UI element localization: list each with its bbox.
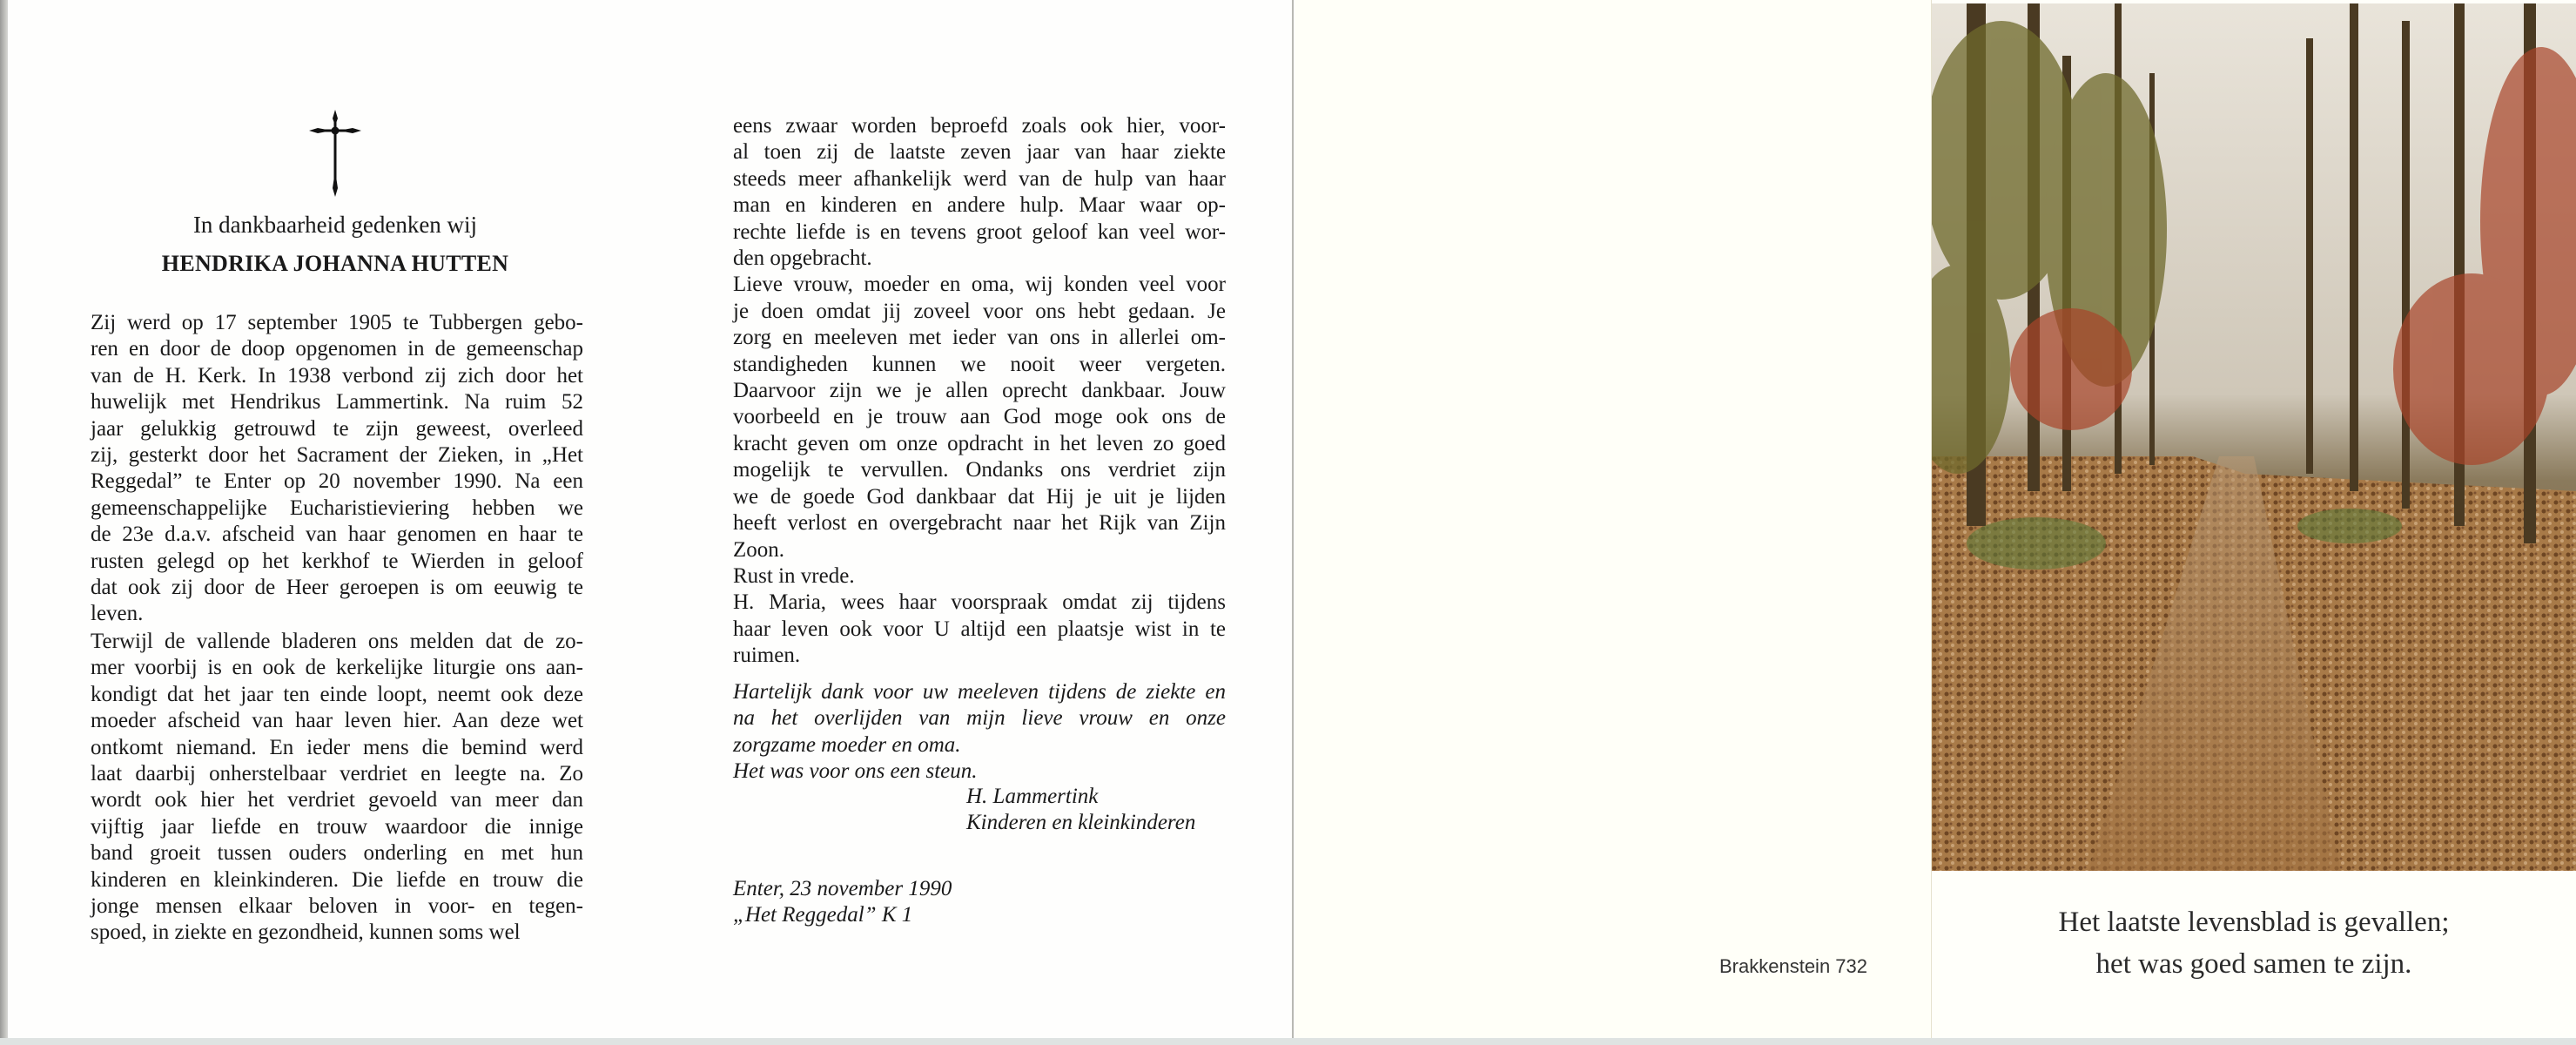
text-line: moeder afscheid van haar leven hier. Aan… — [91, 708, 583, 734]
text-line: Hartelijk dank voor uw meeleven tijdens … — [733, 679, 1226, 705]
text-line: rusten gelegd op het kerkhof te Wierden … — [91, 549, 583, 575]
caption-line-2: het was goed samen te zijn. — [1932, 943, 2576, 985]
scan-edge-left — [0, 0, 8, 1038]
text-line: ontkomt niemand. En ieder mens die bemin… — [91, 735, 583, 761]
text-line: spoed, in ziekte en gezondheid, kunnen s… — [91, 920, 583, 946]
text-line: je doen omdat jij zoveel voor ons hebt g… — [733, 299, 1226, 325]
text-line: vijftig jaar liefde en trouw waardoor di… — [91, 814, 583, 840]
text-line: H. Maria, wees haar voorspraak omdat zij… — [733, 590, 1226, 616]
text-line: huwelijk met Hendrikus Lammertink. Na ru… — [91, 389, 583, 415]
text-line: voorbeeld en je trouw aan God moge ook o… — [733, 404, 1226, 430]
text-line: kracht geven om onze opdracht in het lev… — [733, 431, 1226, 457]
text-line: Reggedal” te Enter op 20 november 1990. … — [91, 469, 583, 495]
text-line: dat ook zij door de Heer geroepen is om … — [91, 575, 583, 601]
text-line: Terwijl de vallende bladeren ons melden … — [91, 629, 583, 655]
text-line: gemeenschappelijke Eucharistieviering he… — [91, 496, 583, 522]
autumn-forest-photo — [1932, 3, 2576, 871]
deceased-name: HENDRIKA JOHANNA HUTTEN — [87, 251, 583, 277]
text-line: laat daarbij onherstelbaar verdriet en l… — [91, 761, 583, 787]
text-line: Zij werd op 17 september 1905 te Tubberg… — [91, 310, 583, 336]
text-line: mogelijk te vervullen. Ondanks ons verdr… — [733, 457, 1226, 483]
biography-paragraph: Zij werd op 17 september 1905 te Tubberg… — [91, 310, 583, 628]
photo-caption: Het laatste levensblad is gevallen; het … — [1932, 901, 2576, 985]
text-line: ruimen. — [733, 643, 1226, 669]
scan-edge-bottom — [0, 1038, 2576, 1045]
farewell-paragraph: eens zwaar worden beproefd zoals ook hie… — [733, 113, 1226, 670]
text-line: band groeit tussen ouders onderling en m… — [91, 840, 583, 866]
text-line: Het was voor ons een steun. — [733, 758, 1226, 785]
text-line: van de H. Kerk. In 1938 verbond zij zich… — [91, 363, 583, 389]
text-line: steeds meer afhankelijk werd van de hulp… — [733, 166, 1226, 192]
place-date: Enter, 23 november 1990 — [733, 876, 952, 902]
text-line: wordt ook hier het verdriet gevoeld van … — [91, 787, 583, 813]
text-line: jonge mensen elkaar beloven in voor- en … — [91, 893, 583, 920]
thanks-paragraph: Hartelijk dank voor uw meeleven tijdens … — [733, 679, 1226, 785]
text-line: kondigt dat het jaar ten einde loopt, ne… — [91, 682, 583, 708]
back-panel — [1292, 0, 1933, 1038]
text-line: leven. — [91, 601, 583, 627]
reflection-paragraph: Terwijl de vallende bladeren ons melden … — [91, 629, 583, 947]
text-line: we de goede God dankbaar dat Hij je uit … — [733, 484, 1226, 510]
text-line: jaar gelukkig getrouwd te zijn geweest, … — [91, 416, 583, 442]
text-line: Lieve vrouw, moeder en oma, wij konden v… — [733, 272, 1226, 298]
text-line: man en kinderen en andere hulp. Maar waa… — [733, 192, 1226, 219]
signature-block: H. Lammertink Kinderen en kleinkinderen — [966, 784, 1195, 837]
text-line: standigheden kunnen we nooit weer verget… — [733, 352, 1226, 378]
caption-line-1: Het laatste levensblad is gevallen; — [1932, 901, 2576, 943]
text-line: mer voorbij is en ook de kerkelijke litu… — [91, 655, 583, 681]
text-line: heeft verlost en overgebracht naar het R… — [733, 510, 1226, 536]
text-line: eens zwaar worden beproefd zoals ook hie… — [733, 113, 1226, 139]
text-line: na het overlijden van mijn lieve vrouw e… — [733, 705, 1226, 731]
intro-line: In dankbaarheid gedenken wij — [87, 212, 583, 239]
text-line: den opgebracht. — [733, 246, 1226, 272]
text-line: Zoon. — [733, 537, 1226, 563]
text-line: haar leven ook voor U altijd een plaatsj… — [733, 617, 1226, 643]
text-line: ren en door de doop opgenomen in de geme… — [91, 336, 583, 362]
text-line: zij, gesterkt door het Sacrament der Zie… — [91, 442, 583, 469]
text-line: Rust in vrede. — [733, 563, 1226, 590]
text-line: rechte liefde is en tevens groot geloof … — [733, 219, 1226, 246]
text-line: zorgzame moeder en oma. — [733, 732, 1226, 758]
signature-name: H. Lammertink — [966, 784, 1195, 810]
place-date-block: Enter, 23 november 1990 „Het Reggedal” K… — [733, 876, 952, 928]
text-line: zorg en meeleven met ieder van ons in al… — [733, 325, 1226, 351]
text-line: al toen zij de laatste zeven jaar van ha… — [733, 139, 1226, 165]
publisher-code: Brakkenstein 732 — [1719, 955, 1867, 978]
text-line: Daarvoor zijn we je allen oprecht dankba… — [733, 378, 1226, 404]
text-line: kinderen en kleinkinderen. Die liefde en… — [91, 867, 583, 893]
text-line: de 23e d.a.v. afscheid van haar genomen … — [91, 522, 583, 548]
place-location: „Het Reggedal” K 1 — [733, 902, 952, 928]
signature-family: Kinderen en kleinkinderen — [966, 810, 1195, 836]
latin-cross-icon — [309, 110, 361, 197]
